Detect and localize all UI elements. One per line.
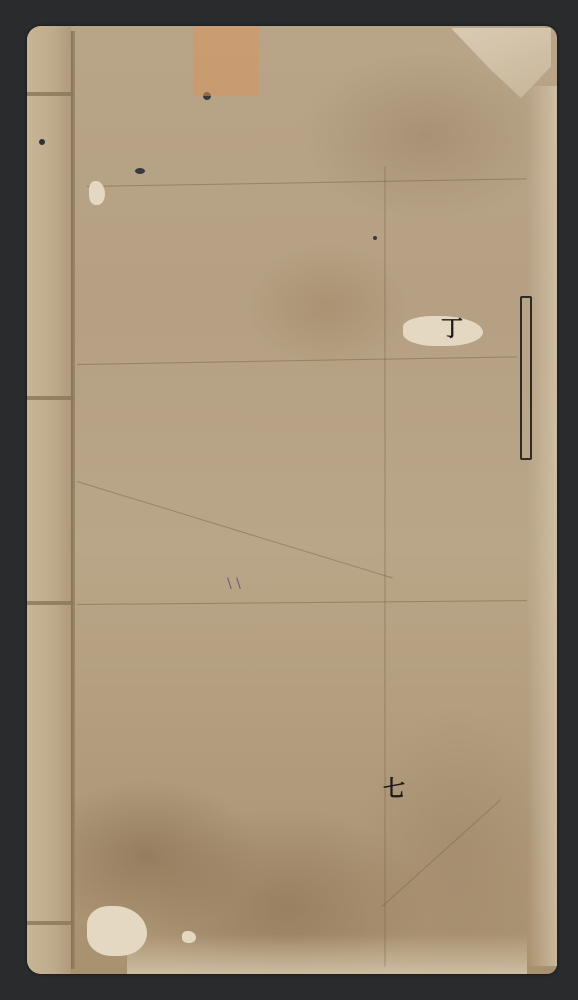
- paper-crease: [382, 799, 502, 907]
- pencil-tick-marks: \ \: [227, 576, 241, 592]
- spine-fold-line: [71, 31, 75, 969]
- stain-spot: [135, 168, 145, 174]
- binding-stitch: [27, 601, 73, 605]
- binding-stitch: [27, 396, 73, 400]
- paper-tear: [87, 906, 147, 956]
- title-slip-outline: [520, 296, 532, 460]
- binding-hole: [39, 139, 45, 145]
- paper-crease: [385, 167, 386, 967]
- paper-crease: [77, 356, 517, 365]
- book-cover: 丁 七 \ \: [27, 26, 557, 974]
- ink-character-upper: 丁: [441, 318, 463, 340]
- paper-crease: [77, 481, 393, 578]
- worn-right-edge: [527, 86, 557, 966]
- ink-character-lower: 七: [383, 778, 405, 800]
- binding-stitch: [27, 921, 73, 925]
- spine-binding-strip: [27, 26, 71, 974]
- paper-crease: [87, 178, 527, 187]
- binding-stitch: [27, 92, 73, 96]
- faded-stamp: [193, 26, 259, 96]
- paper-tear: [89, 181, 105, 205]
- paper-tear: [182, 931, 196, 943]
- stain-spot: [373, 236, 377, 240]
- paper-crease: [77, 600, 527, 605]
